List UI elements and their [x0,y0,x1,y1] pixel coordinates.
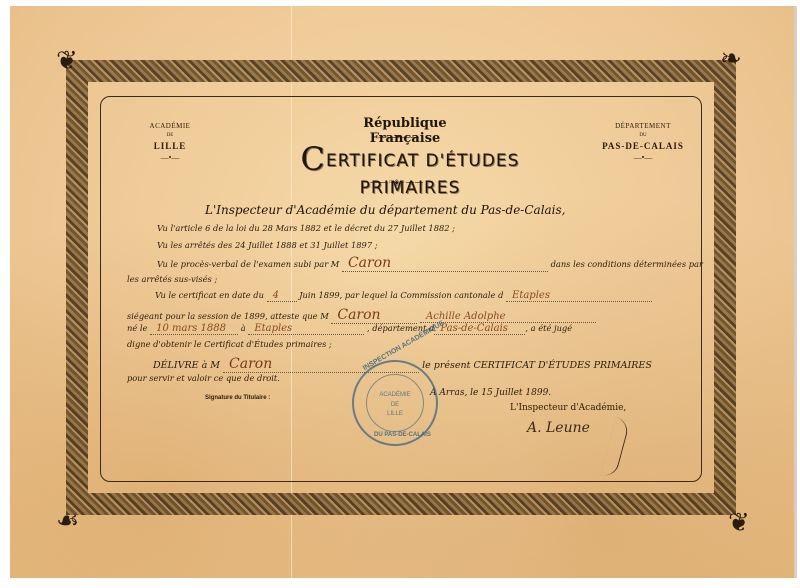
body-line: pour servir et valoir ce que de droit. [127,373,280,383]
departement-label: DÉPARTEMENT [598,122,688,130]
handwritten-name-exam: Caron [342,255,548,272]
inspector-label: L'Inspecteur d'Académie, [510,403,626,413]
official-stamp: INSPECTION ACADÉMIQUE DU PAS-DE-CALAIS A… [352,360,438,446]
stamp-ring-bottom: DU PAS-DE-CALAIS [374,432,431,438]
body-heading: L'Inspecteur d'Académie du département d… [205,203,566,217]
stamp-center: ACADÉMIE DE LILLE [366,374,424,432]
certificate-title: CERTIFICAT D'ÉTUDES PRIMAIRES [250,140,570,198]
departement-rule: —•— [598,153,688,162]
header-departement: DÉPARTEMENT DU PAS-DE-CALAIS —•— [598,122,688,162]
body-line: Vu les arrêtés des 24 Juillet 1888 et 31… [157,240,378,250]
title-ornament: ——◦◈◦—— [370,178,424,188]
academie-rule: —•— [140,153,200,162]
holder-signature-label: Signature du Titulaire : [205,395,270,401]
header-academie: ACADÉMIE DE LILLE —•— [140,122,200,162]
academie-label: ACADÉMIE [140,122,200,130]
body-line: les arrêtés sus-visés ; [127,274,217,284]
title-initial: C [301,140,326,178]
handwritten-commission-place: Etaples [506,290,652,302]
corner-flourish-icon: ☙ [56,508,79,534]
corner-flourish-icon: ❦ [728,510,750,536]
body-line-birth: né le 10 mars 1888 à Etaples , départeme… [127,323,572,335]
academie-name: LILLE [140,141,200,151]
corner-flourish-icon: ❦ [56,48,78,74]
handwritten-given-names: Achille Adolphe [420,311,596,323]
title-text: ERTIFICAT D'ÉTUDES PRIMAIRES [326,151,519,198]
body-line: digne d'obtenir le Certificat d'Études p… [127,339,332,349]
body-line-exam: Vu le procès-verbal de l'examen subi par… [157,255,703,272]
academie-de: DE [140,133,200,138]
corner-flourish-icon: ❧ [720,46,742,72]
handwritten-department: Pas-de-Calais [434,323,525,335]
handwritten-birth-date: 10 mars 1888 [150,323,238,335]
body-line: Vu l'article 6 de la loi du 28 Mars 1882… [157,223,455,233]
handwritten-cert-day: 4 [267,290,297,302]
inspector-signature: A. Leune [527,420,590,436]
body-line-attests: siégeant pour la session de 1899, attest… [127,307,596,324]
handwritten-birth-place: Etaples [248,323,364,335]
body-line-certificate: Vu le certificat en date du 4 Juin 1899,… [155,290,652,302]
handwritten-full-name: Caron [331,307,417,324]
departement-name: PAS-DE-CALAIS [598,141,688,151]
place-date: À Arras, le 15 Juillet 1899. [430,388,551,398]
departement-du: DU [598,133,688,138]
